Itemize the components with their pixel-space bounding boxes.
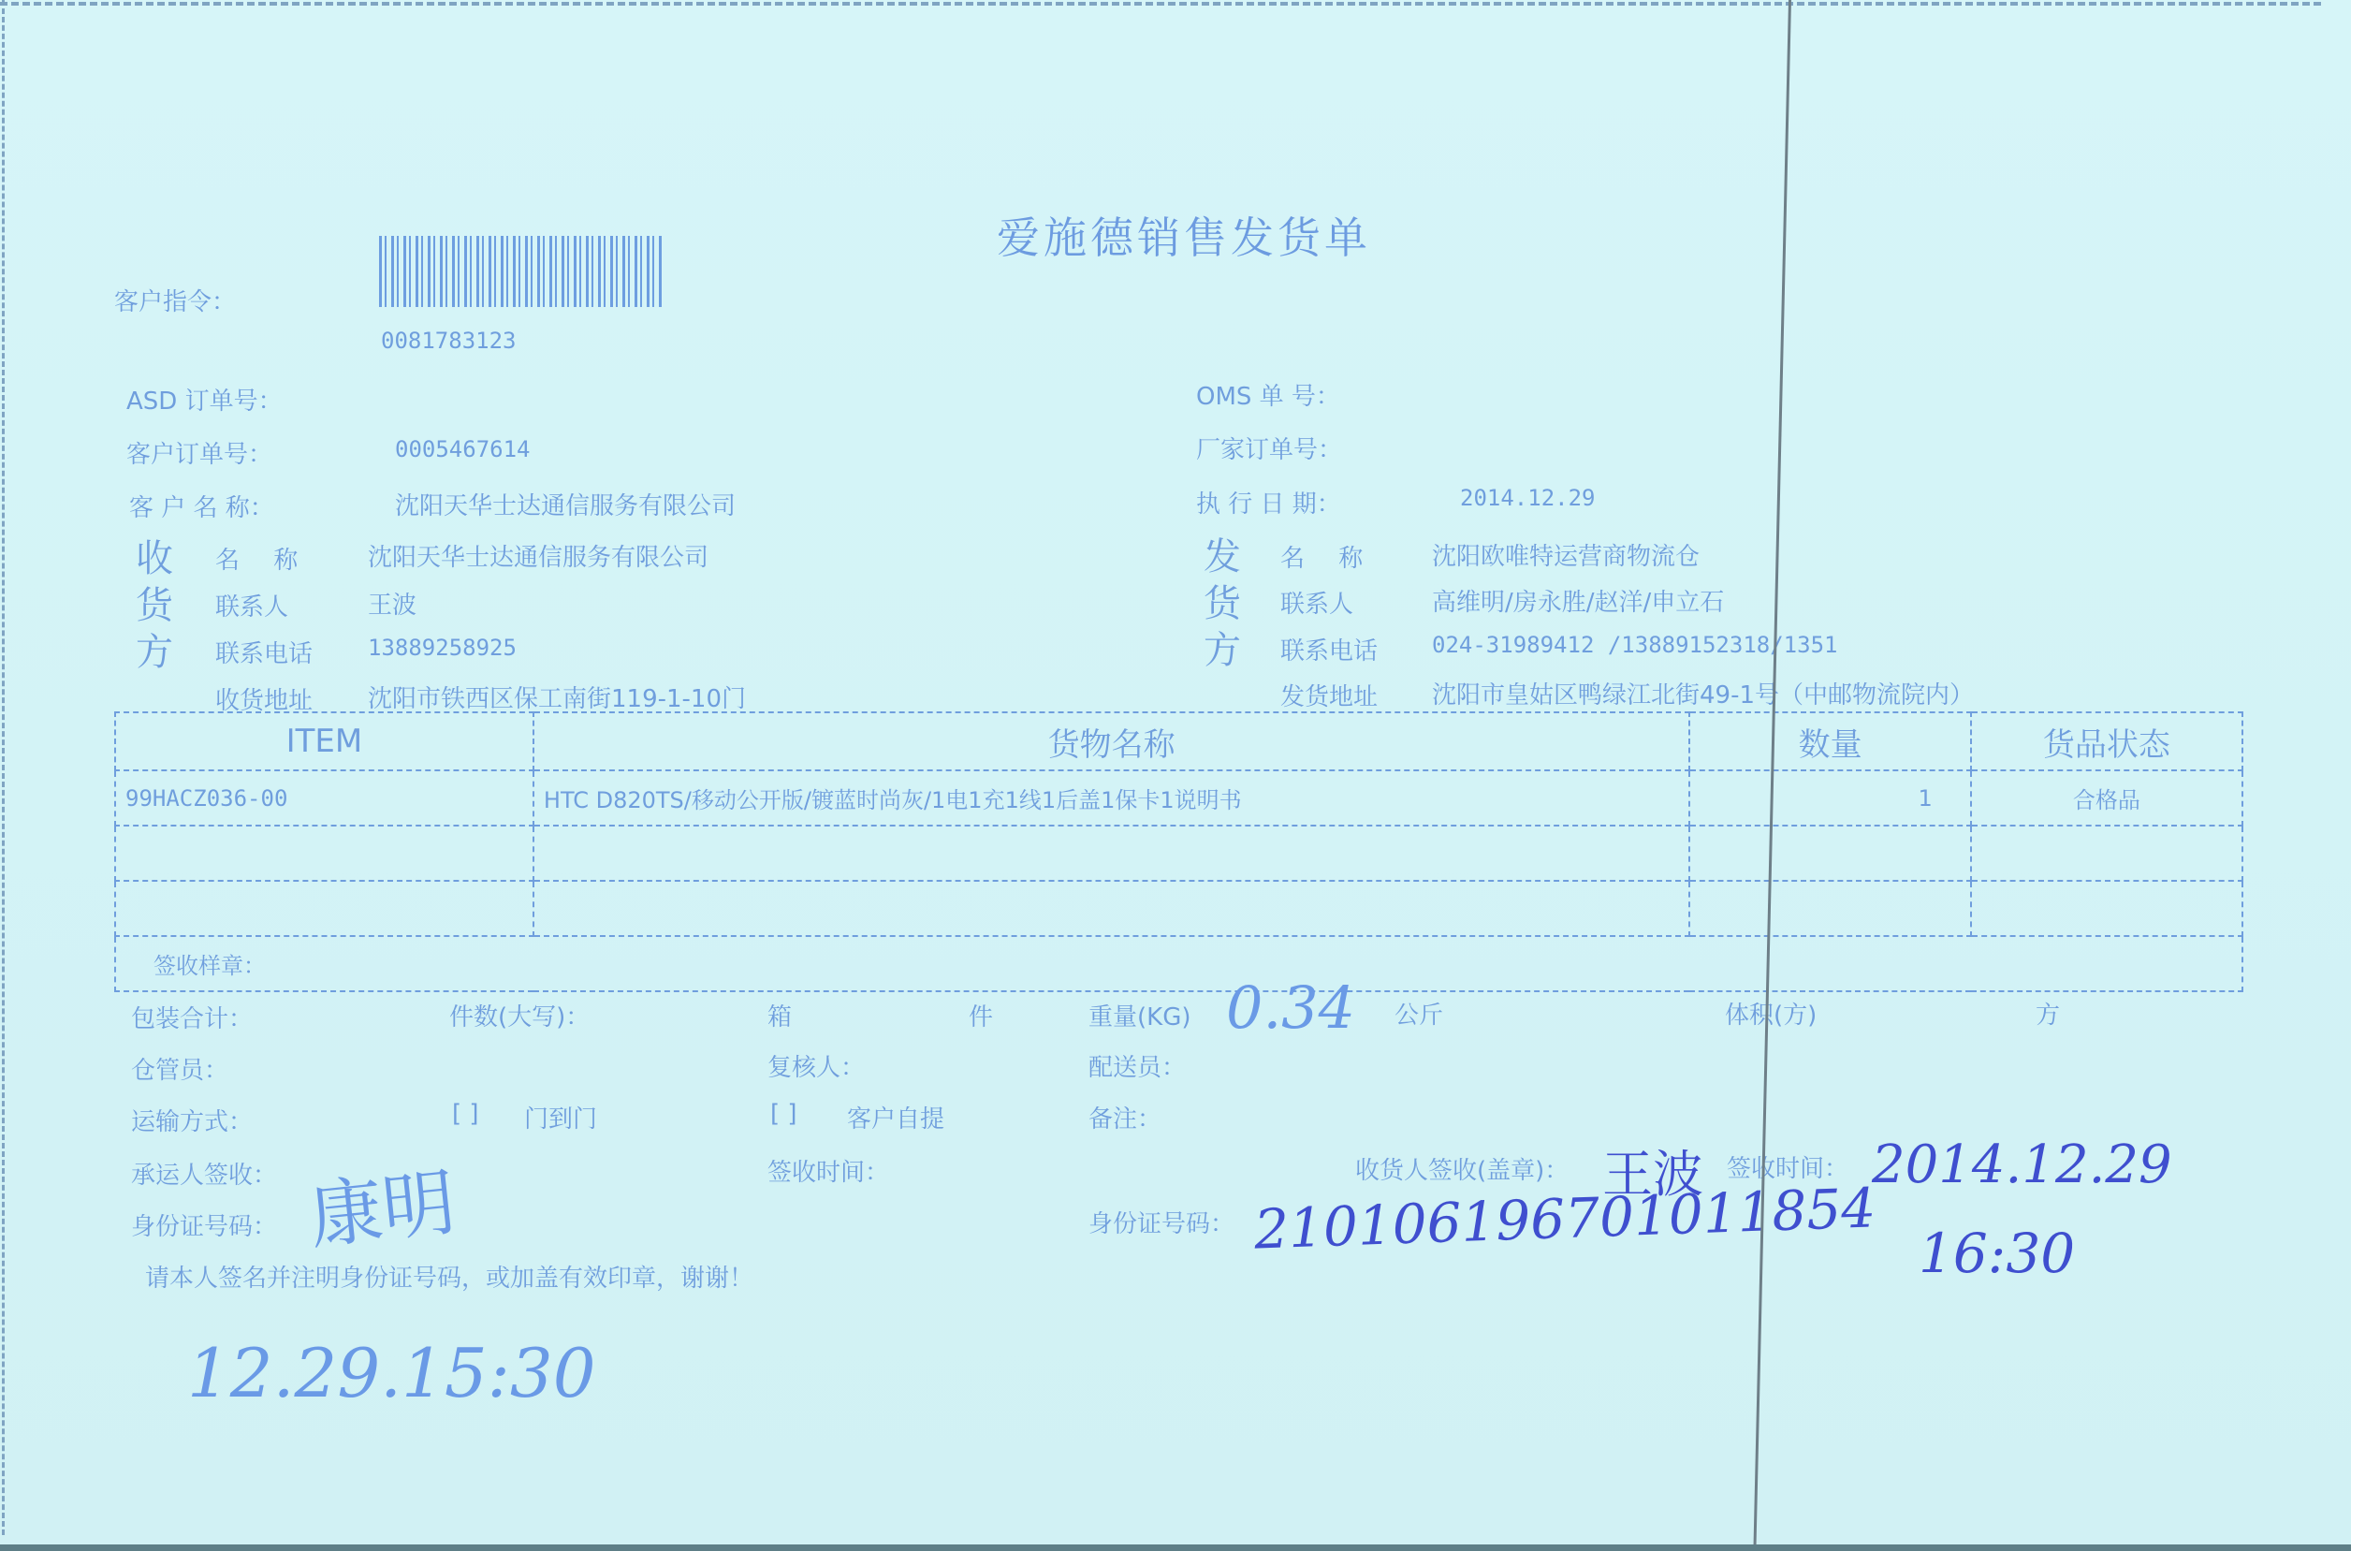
column-header-item: ITEM (115, 712, 533, 770)
transport-self-pickup-checkbox: [ ] (770, 1100, 797, 1128)
carrier-signature: 康明 (304, 1144, 460, 1264)
receiver-side-char-3: 方 (136, 622, 173, 676)
piece-unit-label: 件 (969, 998, 993, 1032)
shipper-address-label: 发货地址 (1280, 678, 1378, 712)
transport-self-pickup: 客户自提 (847, 1100, 944, 1134)
signing-notice: 请本人签名并注明身份证号码，或加盖有效印章，谢谢！ (145, 1259, 753, 1294)
exec-date-label: 执 行 日 期： (1196, 485, 1341, 519)
item-code: 99HACZ036-00 (115, 770, 533, 826)
sign-sample-label: 签收样章： (115, 936, 2242, 991)
item-code (115, 881, 533, 936)
goods-table-header: ITEM 货物名称 数量 货品状态 (115, 712, 2242, 770)
remarks-label: 备注： (1088, 1100, 1161, 1134)
customer-order-label: 客户订单号： (126, 435, 272, 470)
receiver-phone-label: 联系电话 (215, 635, 313, 669)
shipper-side-char-3: 方 (1204, 621, 1241, 674)
quantity (1689, 826, 1970, 881)
weight-label: 重量(KG) (1088, 998, 1191, 1032)
weight-unit: 公斤 (1394, 996, 1443, 1031)
goods-name: HTC D820TS/移动公开版/镀蓝时尚灰/1电1充1线1后盖1保卡1说明书 (533, 770, 1690, 826)
shipper-side-char-2: 货 (1204, 574, 1241, 627)
receiver-contact-label: 联系人 (215, 588, 288, 622)
volume-label: 体积(方) (1725, 996, 1817, 1031)
oms-label: OMS 单 号： (1196, 377, 1340, 412)
delivery-note-paper: 爱施德销售发货单 客户指令： 0081783123 ASD 订单号： 客户订单号… (0, 0, 2351, 1544)
customer-instruction-label: 客户指令： (114, 283, 236, 317)
exec-date-value: 2014.12.29 (1460, 485, 1596, 511)
quantity: 1 (1689, 770, 1970, 826)
goods-name (533, 881, 1690, 936)
shipper-side-char-1: 发 (1204, 527, 1241, 580)
perforation-left (2, 0, 5, 1535)
customer-name-label: 客 户 名 称： (129, 489, 274, 523)
weight-value: 0.34 (1226, 973, 1355, 1042)
goods-status: 合格品 (1971, 770, 2242, 826)
receiver-side-char-1: 收 (136, 529, 173, 582)
transport-door-checkbox: [ ] (452, 1100, 479, 1128)
barcode-icon (379, 236, 664, 307)
goods-status (1971, 826, 2242, 881)
asd-order-label: ASD 订单号： (126, 382, 283, 417)
carrier-id-label: 身份证号码： (131, 1207, 277, 1242)
deliverer-label: 配送员： (1088, 1048, 1186, 1083)
shipper-name-value: 沈阳欧唯特运营商物流仓 (1432, 537, 1700, 572)
customer-name-value: 沈阳天华士达通信服务有限公司 (395, 487, 736, 521)
goods-name (533, 826, 1690, 881)
receiver-sign-date: 2014.12.29 (1872, 1134, 2172, 1195)
receiver-sign-clock: 16:30 (1919, 1222, 2075, 1285)
transport-door-to-door: 门到门 (524, 1100, 597, 1134)
table-row (115, 881, 2242, 936)
table-row (115, 826, 2242, 881)
customer-order-value: 0005467614 (395, 436, 531, 462)
box-label: 箱 (767, 998, 792, 1032)
pieces-label: 件数(大写)： (449, 998, 590, 1032)
carrier-sign-label: 承运人签收： (131, 1156, 277, 1191)
column-header-goods-name: 货物名称 (533, 712, 1690, 770)
carrier-sign-time-label: 签收时间： (767, 1153, 889, 1188)
receiver-id-label: 身份证号码： (1088, 1205, 1234, 1239)
receiver-side-char-2: 货 (136, 576, 173, 629)
table-row: 99HACZ036-00 HTC D820TS/移动公开版/镀蓝时尚灰/1电1充… (115, 770, 2242, 826)
shipper-contact-label: 联系人 (1280, 585, 1353, 620)
package-total-label: 包装合计： (131, 1000, 253, 1034)
warehouse-keeper-label: 仓管员： (131, 1051, 228, 1086)
goods-table: ITEM 货物名称 数量 货品状态 99HACZ036-00 HTC D820T… (114, 711, 2243, 992)
customer-instruction-value: 0081783123 (381, 328, 517, 354)
column-header-status: 货品状态 (1971, 712, 2242, 770)
sign-sample-row: 签收样章： (115, 936, 2242, 991)
receiver-name-value: 沈阳天华士达通信服务有限公司 (368, 538, 708, 573)
column-header-quantity: 数量 (1689, 712, 1970, 770)
checker-label: 复核人： (767, 1048, 865, 1083)
shipper-name-label: 名 称 (1280, 539, 1376, 574)
perforation-top (0, 2, 2321, 6)
volume-unit: 方 (2036, 996, 2060, 1031)
shipper-contact-value: 高维明/房永胜/赵洋/申立石 (1432, 583, 1724, 618)
receiver-contact-value: 王波 (368, 586, 416, 621)
goods-status (1971, 881, 2242, 936)
receiver-address-value: 沈阳市铁西区保工南街119-1-10门 (368, 680, 746, 714)
shipper-address-value: 沈阳市皇姑区鸭绿江北街49-1号（中邮物流院内） (1432, 676, 1974, 710)
handwritten-note: 12.29.15:30 (187, 1334, 596, 1412)
transport-label: 运输方式： (131, 1103, 253, 1137)
receiver-name-label: 名 称 (215, 541, 311, 576)
item-code (115, 826, 533, 881)
receiver-id-value: 210106196701011854 (1253, 1176, 1876, 1261)
receiver-sign-label: 收货人签收(盖章)： (1355, 1151, 1569, 1186)
factory-order-label: 厂家订单号： (1196, 431, 1342, 465)
quantity (1689, 881, 1970, 936)
shipper-phone-label: 联系电话 (1280, 632, 1378, 666)
document-title: 爱施德销售发货单 (997, 204, 1371, 266)
receiver-phone-value: 13889258925 (368, 635, 517, 661)
paper-bottom-edge (0, 1544, 2351, 1551)
